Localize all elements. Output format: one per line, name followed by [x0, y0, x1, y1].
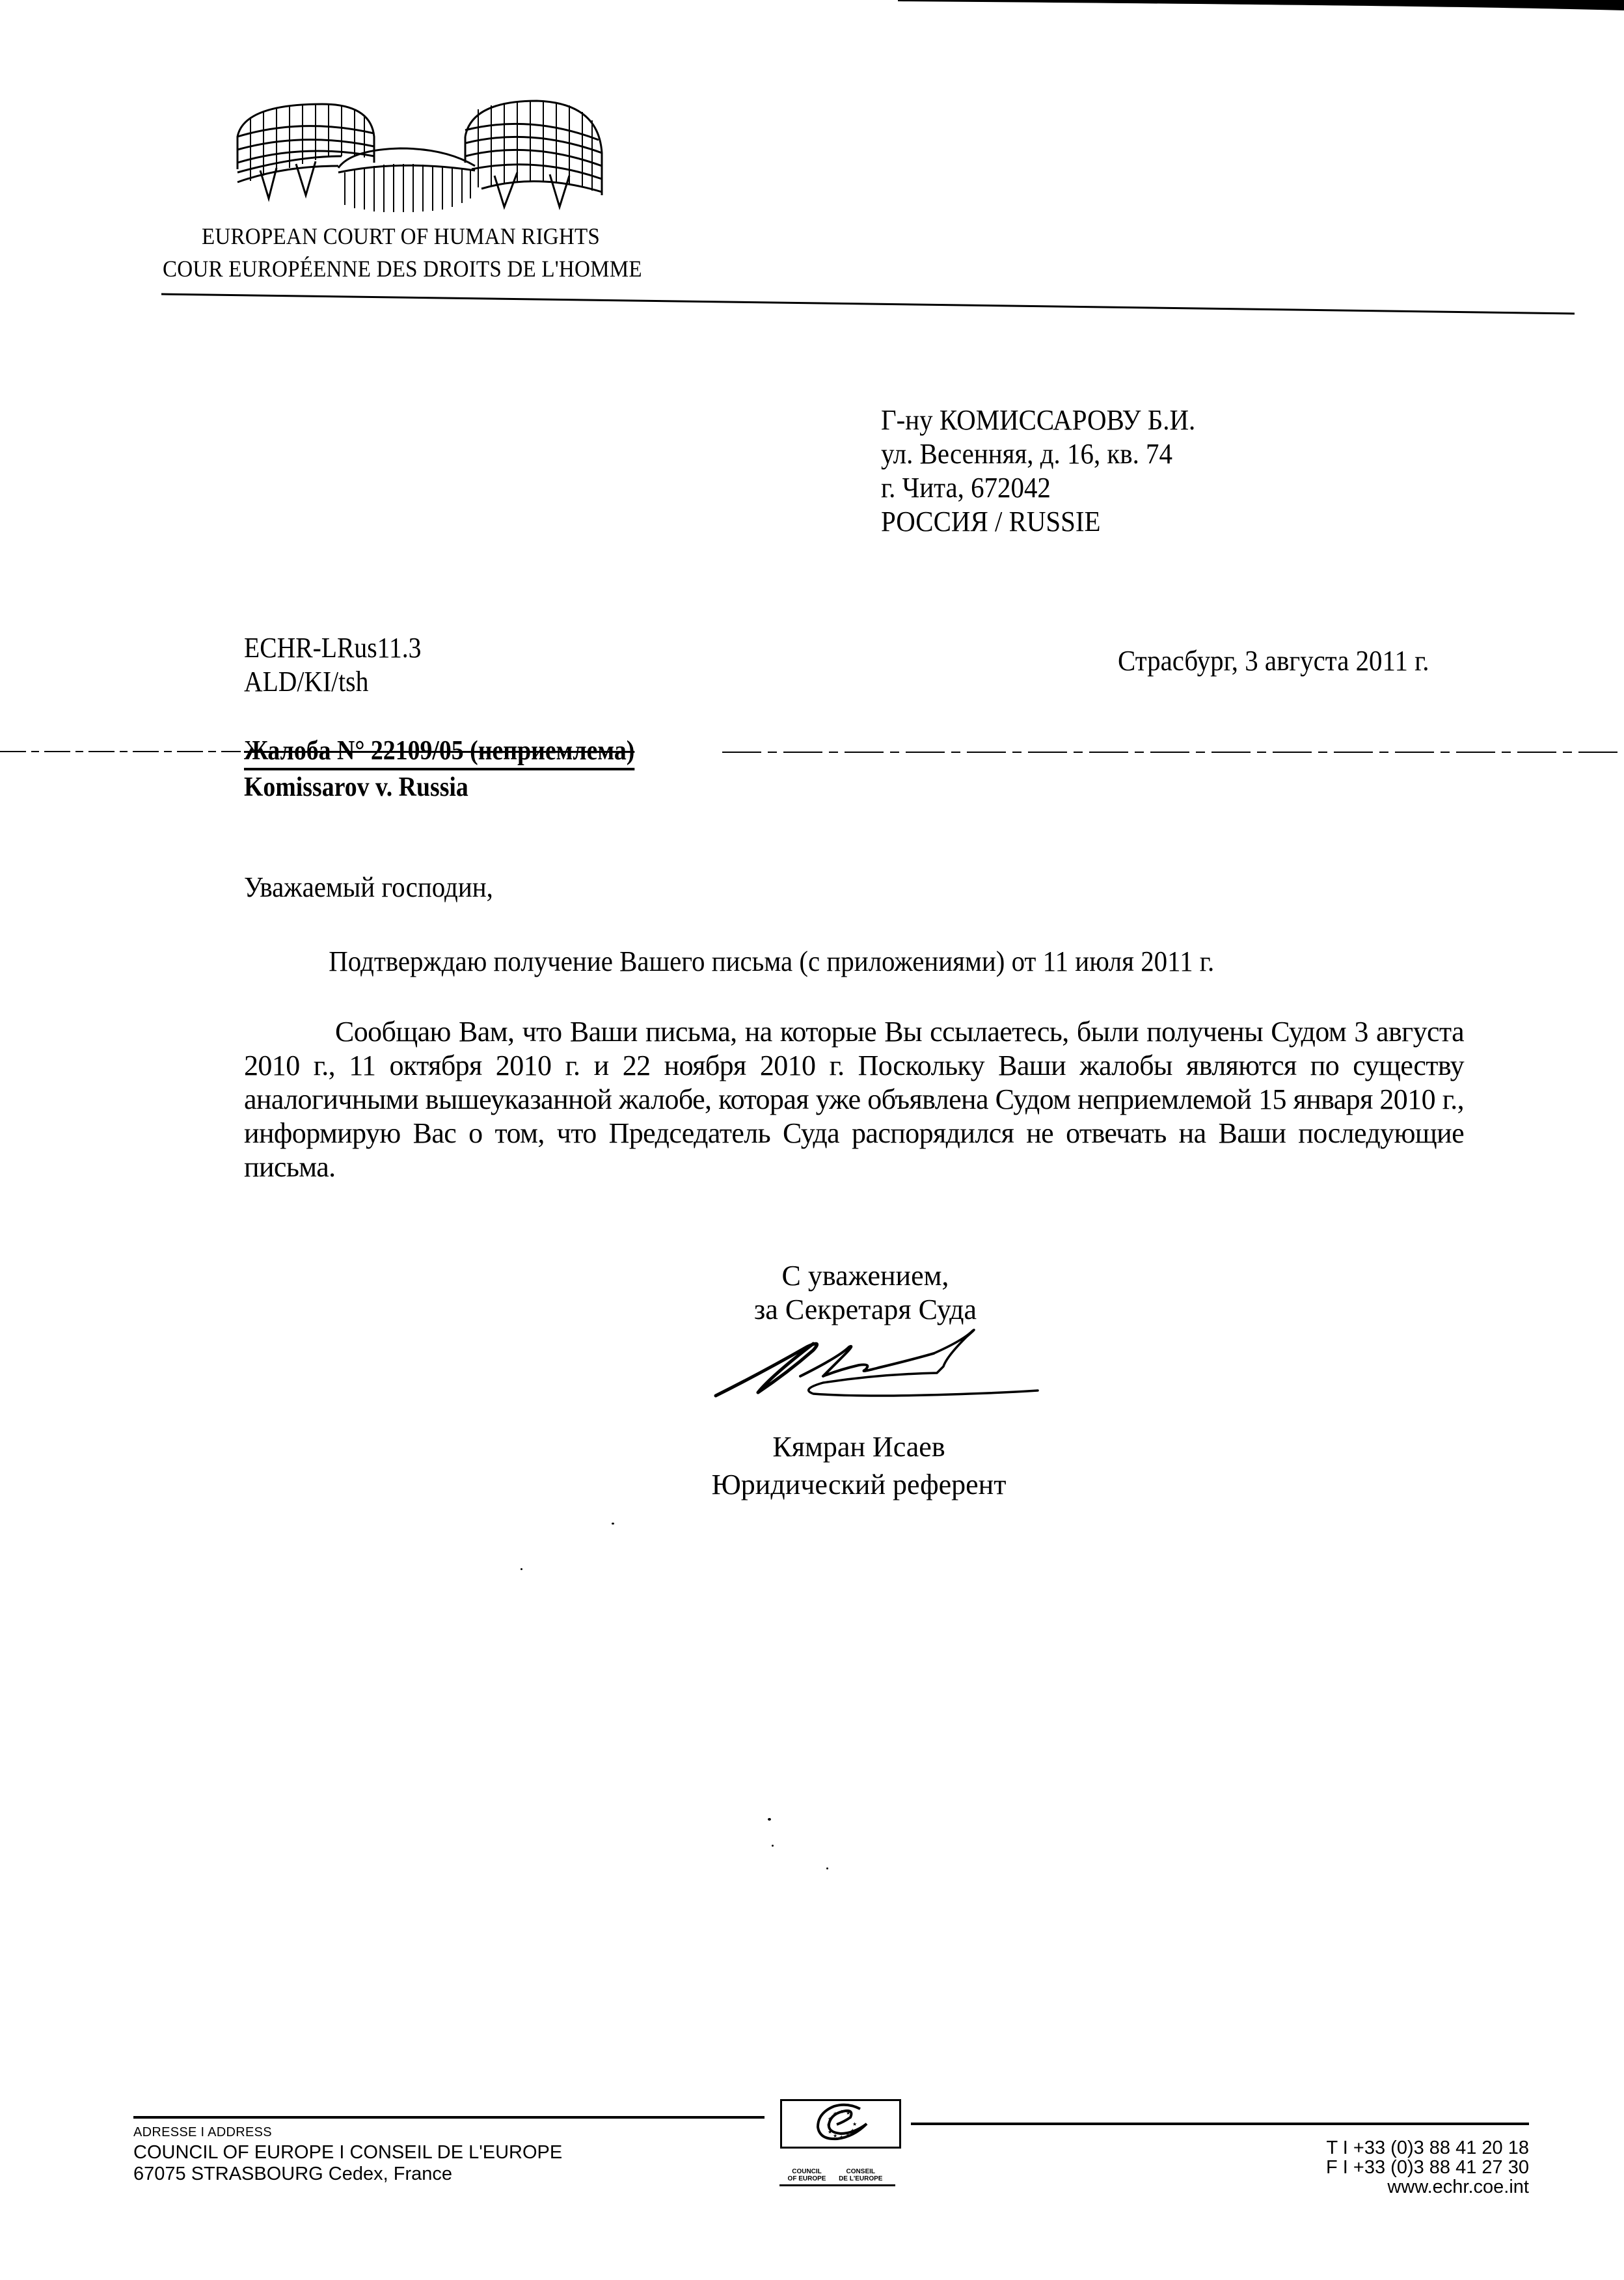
reference-initials: ALD/KI/tsh: [244, 665, 421, 699]
scan-speck: [768, 1818, 771, 1821]
scan-speck: [826, 1867, 828, 1869]
signer-title: Юридический референт: [690, 1466, 1028, 1504]
footer-divider-left: [133, 2116, 765, 2119]
scan-speck: [772, 1845, 774, 1847]
case-name: Komissarov v. Russia: [244, 770, 634, 804]
svg-text:★: ★: [826, 2123, 831, 2128]
svg-text:★: ★: [828, 2129, 832, 2135]
closing-block: С уважением, за Секретаря Суда: [735, 1259, 995, 1327]
scan-speck: [612, 1523, 614, 1525]
svg-text:★: ★: [839, 2109, 844, 2115]
svg-text:★: ★: [846, 2110, 850, 2116]
logo-underline: [779, 2184, 895, 2186]
institution-name-en: EUROPEAN COURT OF HUMAN RIGHTS: [202, 223, 600, 250]
recipient-country: РОССИЯ / RUSSIE: [881, 505, 1195, 539]
salutation: Уважаемый господин,: [244, 871, 1379, 904]
svg-text:★: ★: [828, 2116, 832, 2122]
reference-block: ECHR-LRus11.3 ALD/KI/tsh: [244, 631, 441, 699]
application-number: Жалоба N° 22109/05 (неприемлема): [244, 734, 634, 770]
closing-on-behalf: за Секретаря Суда: [735, 1293, 995, 1327]
signer-block: Кямран Исаев Юридический референт: [690, 1428, 1028, 1504]
footer-address-label: ADRESSE I ADDRESS: [133, 2123, 562, 2142]
body-paragraph-2: Сообщаю Вам, что Ваши письма, на которые…: [244, 1015, 1464, 1184]
council-of-europe-logo-caption: COUNCIL OF EUROPE CONSEIL DE L'EUROPE: [781, 2168, 898, 2182]
footer-website[interactable]: www.echr.coe.int: [1262, 2177, 1529, 2197]
signer-name: Кямран Исаев: [690, 1428, 1028, 1466]
svg-text:★: ★: [850, 2128, 855, 2134]
date-line: Страсбург, 3 августа 2011 г.: [1118, 644, 1429, 677]
footer-fax: F I +33 (0)3 88 41 27 30: [1262, 2158, 1529, 2177]
letter-page: EUROPEAN COURT OF HUMAN RIGHTS COUR EURO…: [0, 0, 1624, 2280]
subject-block: Жалоба N° 22109/05 (неприемлема) Komissa…: [244, 734, 678, 804]
scan-edge-mark: [898, 0, 1624, 10]
svg-text:★: ★: [839, 2134, 844, 2140]
footer-divider-right: [911, 2123, 1529, 2125]
scan-speck: [521, 1568, 522, 1570]
footer-address: ADRESSE I ADDRESS COUNCIL OF EUROPE I CO…: [133, 2123, 562, 2185]
council-of-europe-logo-icon: ★★★ ★★★ ★★★ ★★: [780, 2099, 901, 2149]
closing-regards: С уважением,: [735, 1259, 995, 1293]
recipient-city: г. Чита, 672042: [881, 471, 1195, 505]
institution-name-fr: COUR EUROPÉENNE DES DROITS DE L'HOMME: [163, 255, 642, 282]
footer-contact: T I +33 (0)3 88 41 20 18 F I +33 (0)3 88…: [1262, 2138, 1529, 2197]
footer-city-line: 67075 STRASBOURG Cedex, France: [133, 2164, 562, 2185]
handwritten-signature-icon: [709, 1327, 1048, 1412]
recipient-address: Г-ну КОМИССАРОВУ Б.И. ул. Весенняя, д. 1…: [881, 403, 1219, 539]
svg-text:★: ★: [852, 2121, 857, 2127]
svg-text:★: ★: [833, 2133, 837, 2139]
recipient-street: ул. Весенняя, д. 16, кв. 74: [881, 437, 1195, 471]
footer-phone: T I +33 (0)3 88 41 20 18: [1262, 2138, 1529, 2158]
body-paragraph-1: Подтверждаю получение Вашего письма (с п…: [244, 945, 1379, 979]
reference-code: ECHR-LRus11.3: [244, 631, 421, 665]
court-building-icon: [231, 91, 608, 215]
svg-text:★: ★: [833, 2111, 837, 2117]
header-divider: [161, 293, 1575, 319]
recipient-name: Г-ну КОМИССАРОВУ Б.И.: [881, 403, 1195, 437]
footer-organization: COUNCIL OF EUROPE I CONSEIL DE L'EUROPE: [133, 2142, 562, 2164]
